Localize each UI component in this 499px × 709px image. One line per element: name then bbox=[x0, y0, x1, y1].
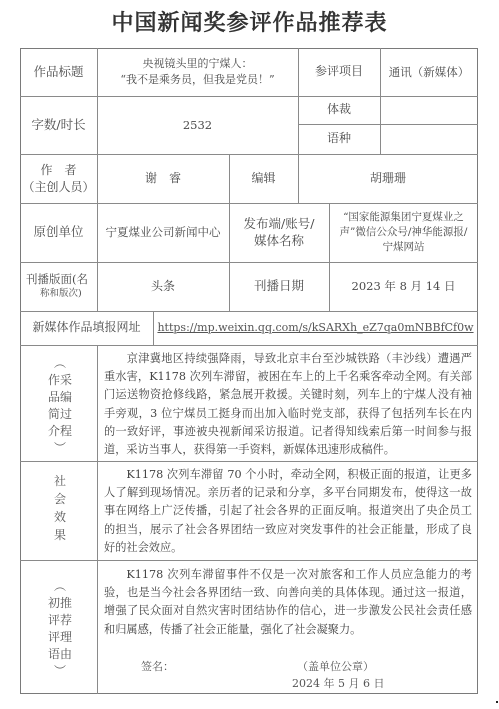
unit-label: 原创单位 bbox=[20, 203, 97, 262]
col-divider bbox=[97, 345, 98, 694]
process-label-char: ︵ bbox=[40, 355, 80, 372]
effect-text: K1178 次列车滞留 70 个小时，牵动全网，积极正面的报道，让更多人了解到现… bbox=[104, 466, 472, 557]
process-text-body: 京津冀地区持续强降雨，导致北京丰台至沙城铁路（丰沙线）遭遇严重水害，K1178 … bbox=[104, 352, 472, 456]
recommendation-label: ︵ 初推 评荐 评理 语由 ︶ bbox=[40, 578, 80, 680]
work-title-line2: “我不是乘务员，但我是党员！” bbox=[120, 72, 274, 88]
scan-speck bbox=[496, 701, 498, 703]
editor-label: 编辑 bbox=[229, 154, 298, 203]
url-link[interactable]: https://mp.weixin.qq.com/s/kSARXh_eZ7qa0… bbox=[157, 320, 473, 336]
effect-label-char: 效 bbox=[40, 508, 80, 526]
process-label-char: ︶ bbox=[40, 440, 80, 457]
url-cell: https://mp.weixin.qq.com/s/kSARXh_eZ7qa0… bbox=[153, 311, 478, 345]
layout-value: 头条 bbox=[97, 262, 229, 311]
layout-label-line1: 刊播版面(名 bbox=[26, 272, 88, 288]
url-label: 新媒体作品填报网址 bbox=[20, 311, 153, 345]
process-label: ︵ 作采 品编 简过 介程 ︶ bbox=[40, 355, 80, 457]
effect-text-body: K1178 次列车滞留 70 个小时，牵动全网，积极正面的报道，让更多人了解到现… bbox=[104, 468, 472, 554]
recommendation-label-char: 语由 bbox=[40, 646, 80, 663]
effect-label-char: 果 bbox=[40, 526, 80, 544]
process-text: 京津冀地区持续强降雨，导致北京丰台至沙城铁路（丰沙线）遭遇严重水害，K1178 … bbox=[104, 350, 472, 459]
publisher-value: “国家能源集团宁夏煤业之声”微信公众号/神华能源报/宁煤网站 bbox=[329, 203, 478, 262]
recommendation-text-body: K1178 次列车滞留事件不仅是一次对旅客和工作人员应急能力的考验，也是当今社会… bbox=[104, 568, 472, 636]
category-label: 参评项目 bbox=[298, 48, 380, 96]
process-label-char: 品编 bbox=[40, 389, 80, 406]
date-value: 2023 年 8 月 14 日 bbox=[329, 262, 478, 311]
layout-label-line2: 称和版次) bbox=[26, 288, 82, 301]
row-divider bbox=[20, 560, 478, 561]
publisher-label-line2: 媒体名称 bbox=[254, 233, 304, 249]
document-title: 中国新闻奖参评作品推荐表 bbox=[0, 6, 499, 37]
recommendation-label-char: ︵ bbox=[40, 578, 80, 595]
seal-label: （盖单位公章） bbox=[297, 658, 374, 674]
editor-value: 胡珊珊 bbox=[298, 154, 478, 203]
work-title-line1: 央视镜头里的宁煤人： bbox=[143, 56, 253, 72]
length-value: 2532 bbox=[97, 96, 298, 154]
process-label-char: 简过 bbox=[40, 406, 80, 423]
recommendation-label-char: 初推 bbox=[40, 595, 80, 612]
recommendation-label-char: 评理 bbox=[40, 629, 80, 646]
process-label-char: 介程 bbox=[40, 423, 80, 440]
layout-label: 刊播版面(名 称和版次) bbox=[20, 262, 97, 311]
recommendation-label-char: ︶ bbox=[40, 663, 80, 680]
author-label: 作 者 （主创人员） bbox=[20, 154, 97, 203]
unit-value: 宁夏煤业公司新闻中心 bbox=[97, 203, 229, 262]
process-label-char: 作采 bbox=[40, 372, 80, 389]
publisher-label-line1: 发布端/账号/ bbox=[244, 216, 315, 232]
author-value: 谢 睿 bbox=[97, 154, 229, 203]
row-divider bbox=[20, 461, 478, 462]
date-label: 刊播日期 bbox=[229, 262, 329, 311]
author-label-line2: （主创人员） bbox=[22, 179, 94, 195]
category-value: 通讯（新媒体） bbox=[380, 48, 478, 96]
genre-value bbox=[380, 96, 478, 124]
publisher-label: 发布端/账号/ 媒体名称 bbox=[229, 203, 329, 262]
recommendation-label-char: 评荐 bbox=[40, 612, 80, 629]
work-title-value: 央视镜头里的宁煤人： “我不是乘务员，但我是党员！” bbox=[97, 48, 298, 96]
language-label: 语种 bbox=[298, 124, 380, 154]
author-label-line1: 作 者 bbox=[40, 162, 76, 178]
signature-label: 签名： bbox=[141, 658, 174, 674]
effect-label-char: 会 bbox=[40, 490, 80, 508]
length-label: 字数/时长 bbox=[20, 96, 97, 154]
language-value bbox=[380, 124, 478, 154]
genre-label: 体裁 bbox=[298, 96, 380, 124]
work-title-label: 作品标题 bbox=[20, 48, 97, 96]
row-divider bbox=[20, 345, 478, 346]
sign-date: 2024 年 5 月 6 日 bbox=[292, 675, 384, 691]
effect-label: 社 会 效 果 bbox=[40, 472, 80, 544]
recommendation-text: K1178 次列车滞留事件不仅是一次对旅客和工作人员应急能力的考验，也是当今社会… bbox=[104, 566, 472, 639]
effect-label-char: 社 bbox=[40, 472, 80, 490]
